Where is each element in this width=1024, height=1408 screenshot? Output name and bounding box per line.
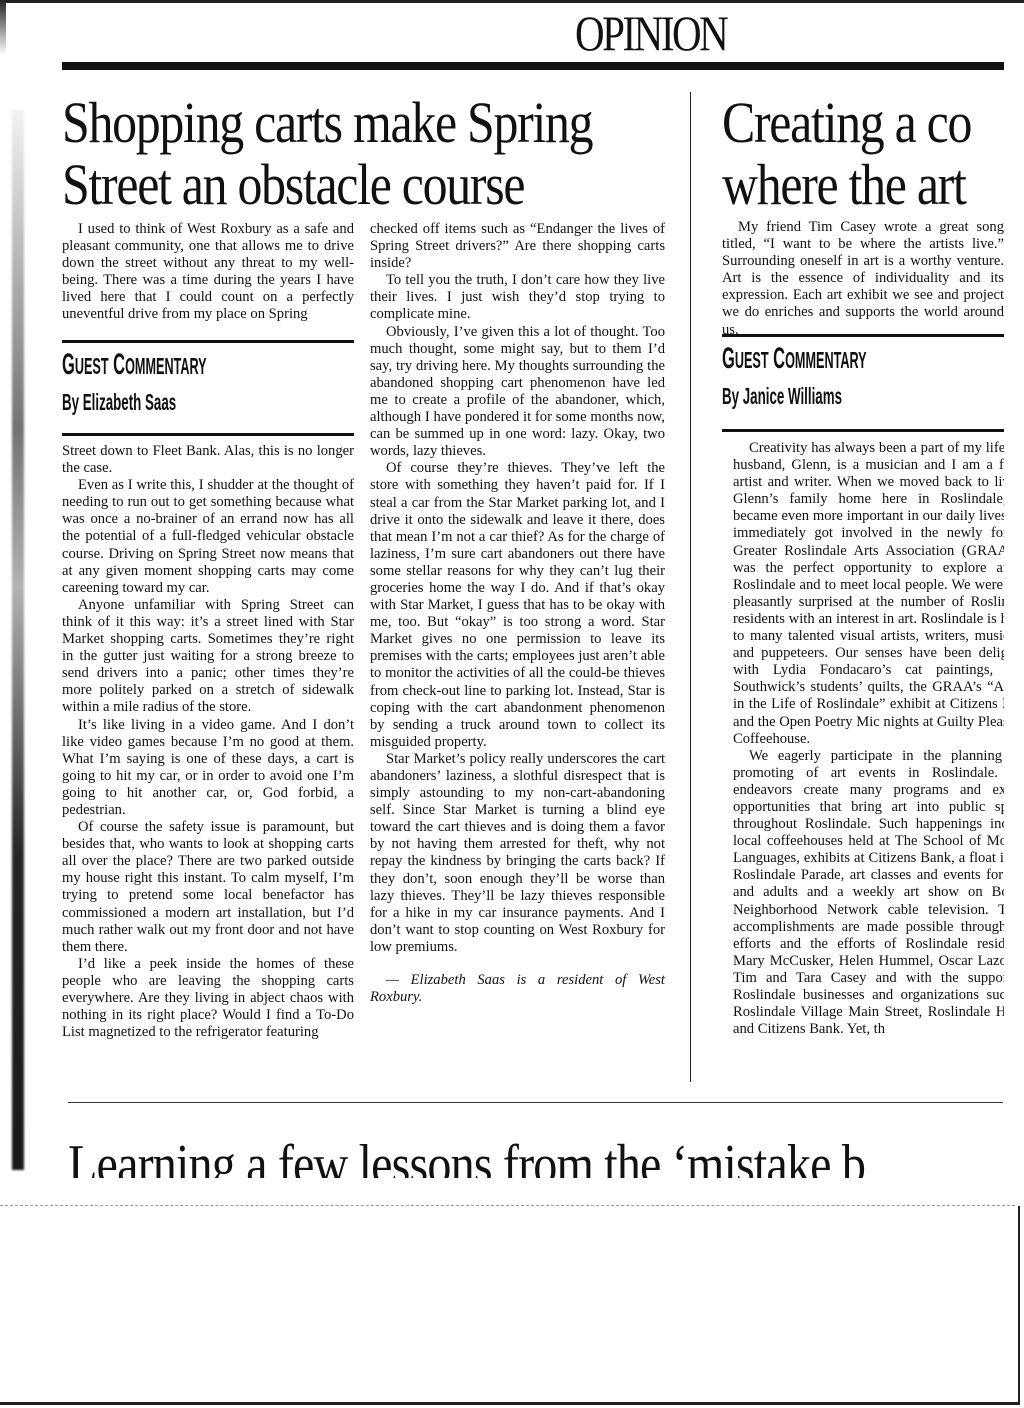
column-divider [690, 92, 691, 1082]
article-body-column-2: checked off items such as “Endanger the … [370, 221, 665, 1006]
box-rule-top [62, 340, 354, 343]
body-paragraph: Even as I write this, I shudder at the t… [62, 477, 354, 597]
guest-commentary-kicker: GUEST COMMENTARY [62, 347, 223, 384]
section-rule [62, 62, 1004, 70]
box-rule-top [722, 334, 1004, 337]
body-paragraph: Street down to Fleet Bank. Alas, this is… [62, 443, 354, 477]
intro-paragraph: My friend Tim Casey wrote a great song t… [722, 219, 1004, 339]
article-headline-learning: Learning a few lessons from the ‘mistake… [68, 1136, 1024, 1178]
guest-commentary-box: GUEST COMMENTARY By Elizabeth Saas [62, 340, 354, 436]
section-label: OPINION [575, 4, 726, 62]
author-signoff: — Elizabeth Saas is a resident of West R… [370, 972, 665, 1006]
byline: By Elizabeth Saas [62, 388, 231, 416]
box-rule-bottom [62, 433, 354, 436]
guest-commentary-box-right: GUEST COMMENTARY By Janice Williams [722, 334, 1004, 432]
kicker-cap: C [773, 342, 785, 375]
intro-paragraph: I used to think of West Roxbury as a saf… [62, 221, 354, 324]
headline-line-1: Creating a co [722, 92, 1024, 154]
kicker-smallcaps: OMMENTARY [785, 347, 867, 373]
body-paragraph: Star Market’s policy really underscores … [370, 751, 665, 956]
article-headline-creating: Creating a co where the art [722, 92, 1024, 216]
page-top-edge [0, 0, 1024, 3]
kicker-cap: C [113, 348, 125, 381]
body-paragraph: I’d like a peek inside the homes of thes… [62, 956, 354, 1041]
kicker-smallcaps: OMMENTARY [125, 353, 207, 379]
scan-corner-artifact [0, 0, 6, 55]
headline-line-2: Street an obstacle course [62, 154, 592, 216]
kicker-smallcaps: UEST [735, 347, 769, 373]
bottom-section-rule [68, 1102, 1003, 1103]
box-rule-bottom [722, 429, 1004, 432]
article-body-right: Creativity has always been a part of my … [733, 440, 1024, 1038]
body-paragraph: It’s like living in a video game. And I … [62, 717, 354, 820]
body-paragraph: Anyone unfamiliar with Spring Street can… [62, 597, 354, 717]
kicker-cap: G [62, 348, 75, 381]
body-paragraph: Of course the safety issue is paramount,… [62, 819, 354, 956]
headline-line-1: Shopping carts make Spring [62, 92, 592, 154]
body-paragraph: Obviously, I’ve given this a lot of thou… [370, 324, 665, 461]
article-body-column-1: Street down to Fleet Bank. Alas, this is… [62, 443, 354, 1041]
scan-blank-area [0, 1206, 1020, 1405]
article-headline-shopping-carts: Shopping carts make Spring Street an obs… [62, 92, 592, 216]
kicker-smallcaps: UEST [75, 353, 109, 379]
guest-commentary-kicker: GUEST COMMENTARY [722, 341, 877, 378]
body-paragraph: Creativity has always been a part of my … [733, 440, 1024, 748]
kicker-cap: G [722, 342, 735, 375]
article-intro-right: My friend Tim Casey wrote a great song t… [722, 219, 1004, 339]
headline-line-2: where the art [722, 154, 1024, 216]
byline: By Janice Williams [722, 382, 886, 410]
body-paragraph: checked off items such as “Endanger the … [370, 221, 665, 272]
body-paragraph: Of course they’re thieves. They’ve left … [370, 460, 665, 751]
body-paragraph: We eagerly participate in the planning a… [733, 748, 1024, 1039]
article-intro: I used to think of West Roxbury as a saf… [62, 221, 354, 324]
body-paragraph: To tell you the truth, I don’t care how … [370, 272, 665, 323]
scan-binding-shadow [12, 110, 24, 1170]
